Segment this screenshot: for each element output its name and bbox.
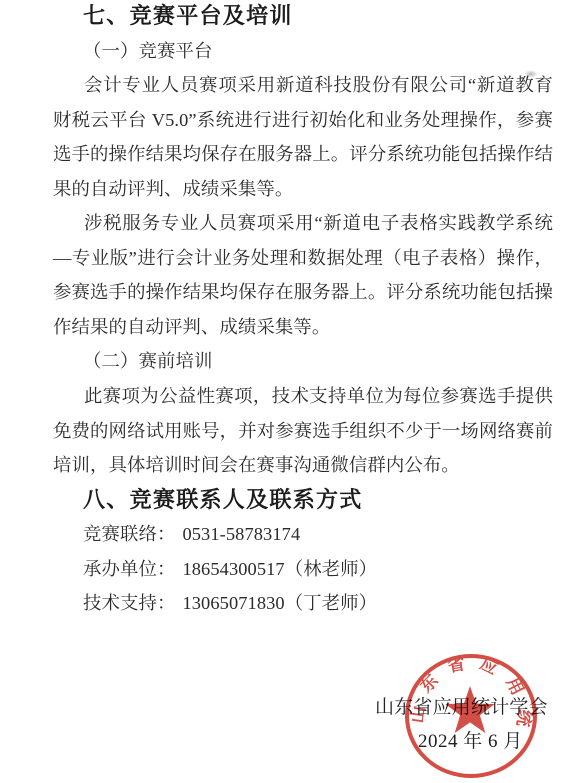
- paragraph-line: 参赛选手的操作结果均保存在服务器上。评分系统功能包括操: [53, 275, 553, 310]
- paragraph-line: 财税云平台 V5.0”系统进行进行初始化和业务处理操作，参赛: [53, 103, 553, 138]
- paragraph-line: 会计专业人员赛项采用新道科技股份有限公司“新道教育: [53, 68, 553, 103]
- contact-row: 技术支持：13065071830（丁老师）: [53, 586, 553, 621]
- contact-value: 13065071830（丁老师）: [182, 593, 377, 613]
- official-stamp: 山东省应用统计学会: [396, 648, 548, 782]
- subsection-heading-2: （二）赛前培训: [53, 344, 553, 379]
- paragraph-line: —专业版”进行会计业务处理和数据处理（电子表格）操作，: [53, 241, 553, 276]
- contact-row: 承办单位：18654300517（林老师）: [53, 552, 553, 587]
- red-star-icon: [445, 686, 494, 733]
- paragraph-line: 选手的操作结果均保存在服务器上。评分系统功能包括操作结: [53, 137, 553, 172]
- paragraph-line: 涉税服务专业人员赛项采用“新道电子表格实践教学系统: [53, 206, 553, 241]
- stamp-arc-text: 山东省应用统计学会: [396, 648, 536, 741]
- contact-label: 技术支持：: [83, 593, 175, 613]
- paragraph-line: 作结果的自动评判、成绩采集等。: [53, 310, 553, 345]
- svg-text:山东省应用统计学会: 山东省应用统计学会: [396, 648, 536, 741]
- contact-label: 承办单位：: [83, 559, 175, 579]
- contact-value: 18654300517（林老师）: [182, 559, 377, 579]
- contact-value: 0531-58783174: [182, 524, 300, 544]
- paragraph-line: 免费的网络试用账号，并对参赛选手组织不少于一场网络赛前: [53, 414, 553, 449]
- paragraph-line: 培训，具体培训时间会在赛事沟通微信群内公布。: [53, 448, 553, 483]
- paragraph-line: 此赛项为公益性赛项，技术支持单位为每位参赛选手提供: [53, 379, 553, 414]
- document-body: 七、竞赛平台及培训 （一）竞赛平台 会计专业人员赛项采用新道科技股份有限公司“新…: [53, 0, 553, 621]
- contact-row: 竞赛联络：0531-58783174: [53, 517, 553, 552]
- section-heading-seven: 七、竞赛平台及培训: [53, 0, 553, 34]
- ink-smudge: [524, 70, 538, 78]
- subsection-heading-1: （一）竞赛平台: [53, 34, 553, 69]
- paragraph-line: 果的自动评判、成绩采集等。: [53, 172, 553, 207]
- document-page: 七、竞赛平台及培训 （一）竞赛平台 会计专业人员赛项采用新道科技股份有限公司“新…: [0, 0, 574, 783]
- contacts-heading: 八、竞赛联系人及联系方式: [53, 483, 553, 518]
- contact-label: 竞赛联络：: [83, 524, 175, 544]
